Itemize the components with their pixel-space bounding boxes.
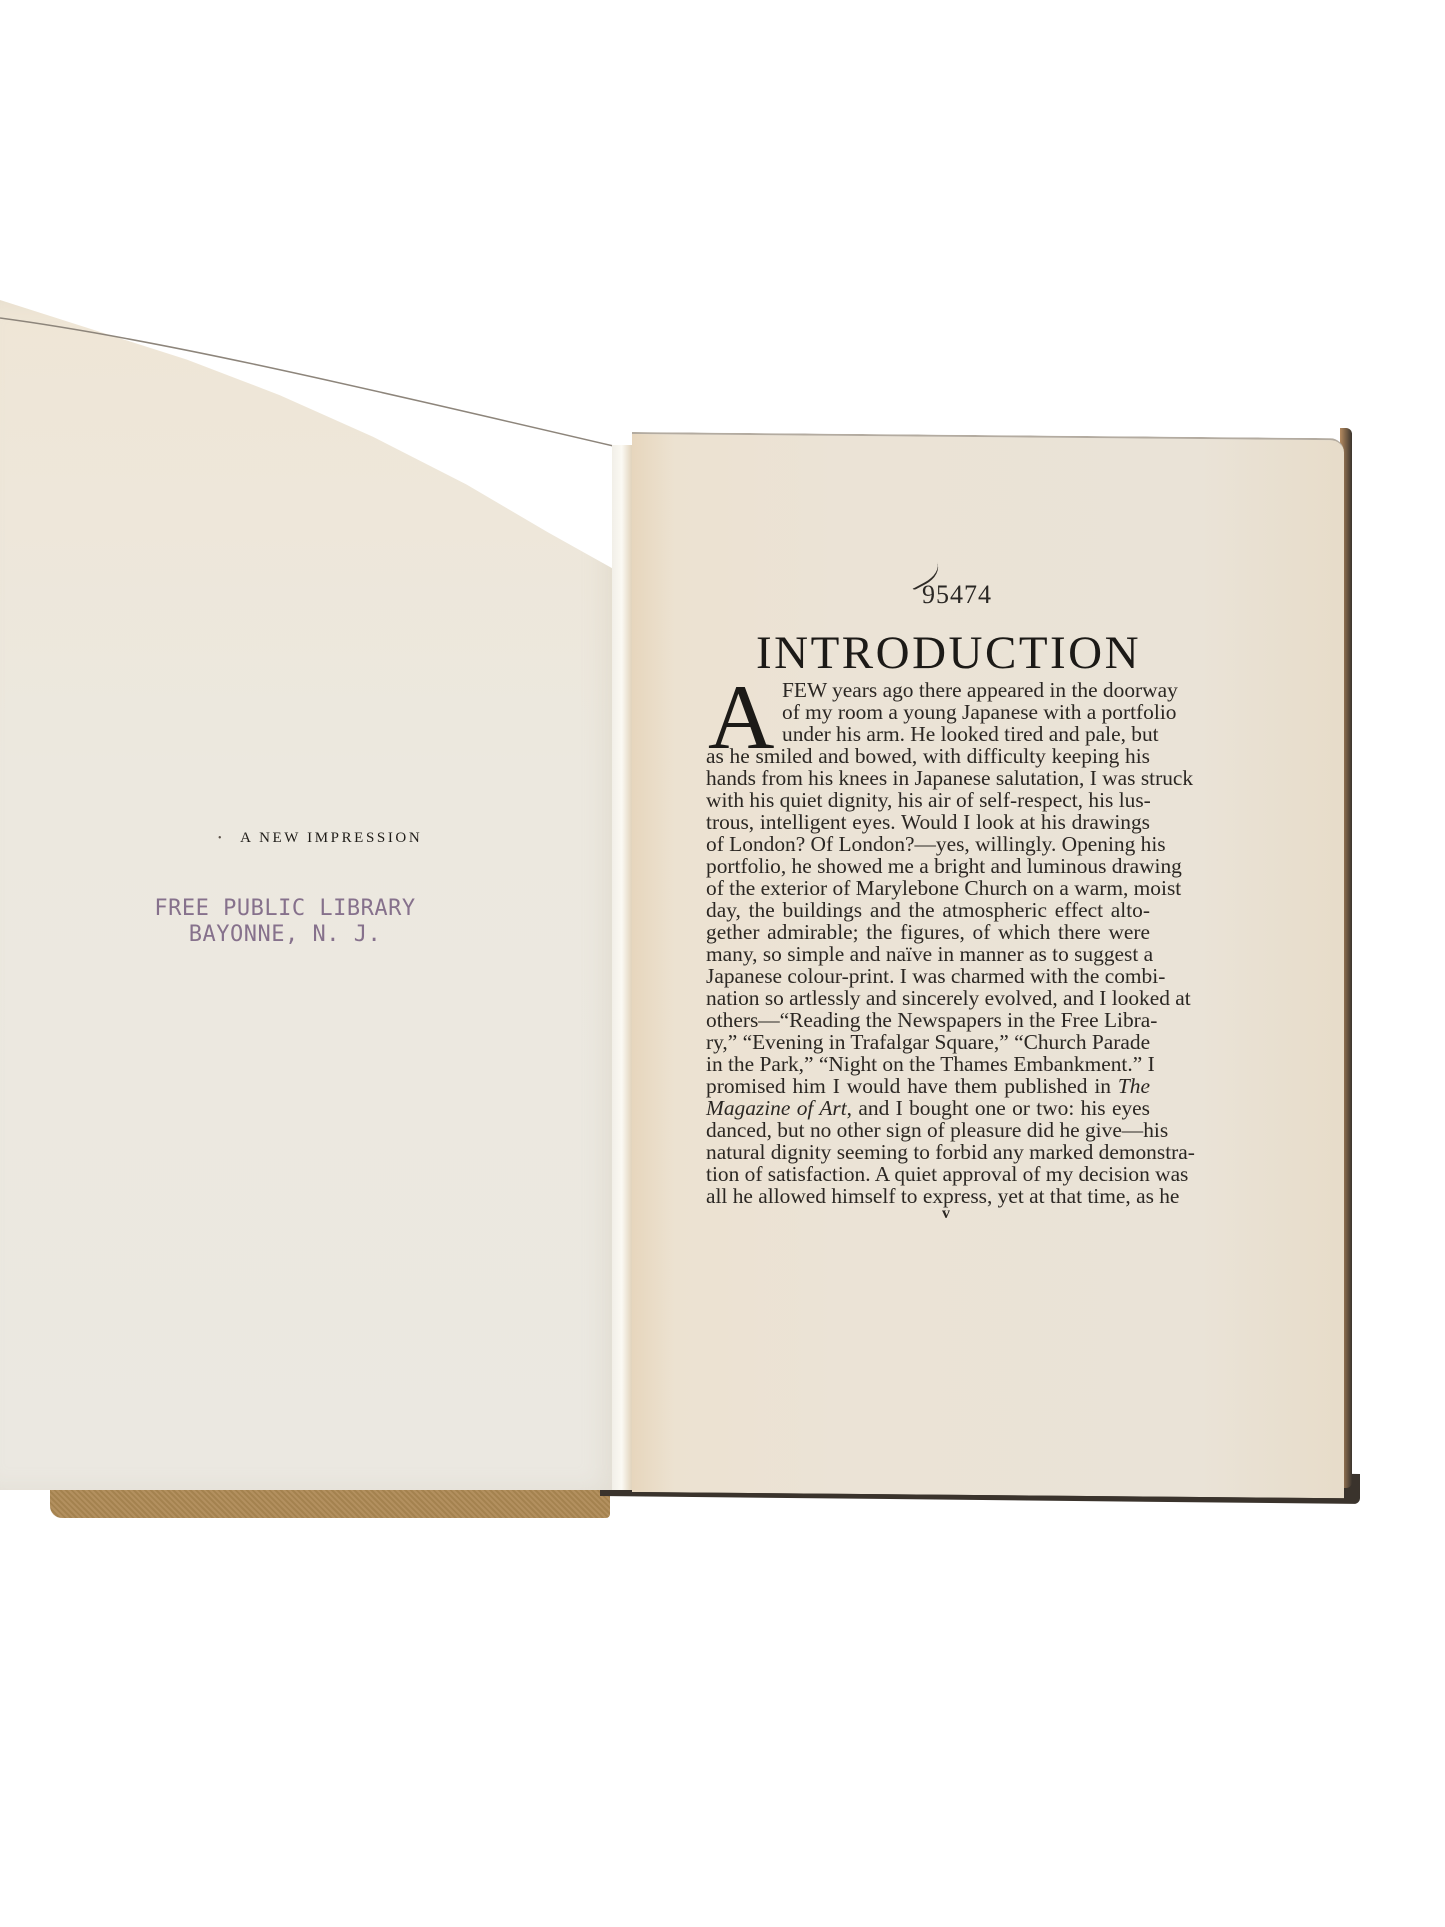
impression-note: •A NEW IMPRESSION: [218, 830, 422, 847]
text-line: under his arm. He looked tired and pale,…: [706, 723, 1150, 745]
left-page: [0, 300, 622, 1490]
text-line: trous, intelligent eyes. Would I look at…: [706, 811, 1150, 833]
chapter-title: INTRODUCTION: [756, 626, 1141, 680]
impression-text: A NEW IMPRESSION: [240, 830, 422, 846]
text-line: danced, but no other sign of pleasure di…: [706, 1119, 1150, 1141]
text-line: all he allowed himself to express, yet a…: [706, 1185, 1150, 1207]
text-line: of the exterior of Marylebone Church on …: [706, 877, 1150, 899]
body-text: FEW years ago there appeared in the door…: [706, 679, 1150, 1207]
text-line: hands from his knees in Japanese salutat…: [706, 767, 1150, 789]
stamp-line-1: FREE PUBLIC LIBRARY: [140, 896, 430, 922]
text-line: portfolio, he showed me a bright and lum…: [706, 855, 1150, 877]
text-line: Japanese colour-print. I was charmed wit…: [706, 965, 1150, 987]
text-line: gether admirable; the figures, of which …: [706, 921, 1150, 943]
text-line: of London? Of London?—yes, willingly. Op…: [706, 833, 1150, 855]
text-line: FEW years ago there appeared in the door…: [706, 679, 1150, 701]
italic-title: The: [1118, 1074, 1150, 1098]
text-line: natural dignity seeming to forbid any ma…: [706, 1141, 1150, 1163]
library-stamp: FREE PUBLIC LIBRARY BAYONNE, N. J.: [140, 896, 430, 948]
book-cover-cloth-edge: [50, 1490, 610, 1518]
text-line: tion of satisfaction. A quiet approval o…: [706, 1163, 1150, 1185]
page-number: v: [942, 1205, 950, 1223]
text-line: day, the buildings and the atmospheric e…: [706, 899, 1150, 921]
text-line: in the Park,” “Night on the Thames Emban…: [706, 1053, 1150, 1075]
text-line: promised him I would have them published…: [706, 1075, 1150, 1097]
text-line: ry,” “Evening in Trafalgar Square,” “Chu…: [706, 1031, 1150, 1053]
text-line: others—“Reading the Newspapers in the Fr…: [706, 1009, 1150, 1031]
accession-number: 95474: [922, 580, 992, 610]
stamp-line-2: BAYONNE, N. J.: [140, 922, 430, 948]
text-line: with his quiet dignity, his air of self-…: [706, 789, 1150, 811]
text-line: many, so simple and naïve in manner as t…: [706, 943, 1150, 965]
text-line: nation so artlessly and sincerely evolve…: [706, 987, 1150, 1009]
open-book: •A NEW IMPRESSION FREE PUBLIC LIBRARY BA…: [0, 0, 1445, 1927]
text-line: Magazine of Art, and I bought one or two…: [706, 1097, 1150, 1119]
text-line: of my room a young Japanese with a portf…: [706, 701, 1150, 723]
italic-title: Magazine of Art: [706, 1096, 847, 1120]
text-line: as he smiled and bowed, with difficulty …: [706, 745, 1150, 767]
bullet-dot: •: [218, 833, 224, 844]
